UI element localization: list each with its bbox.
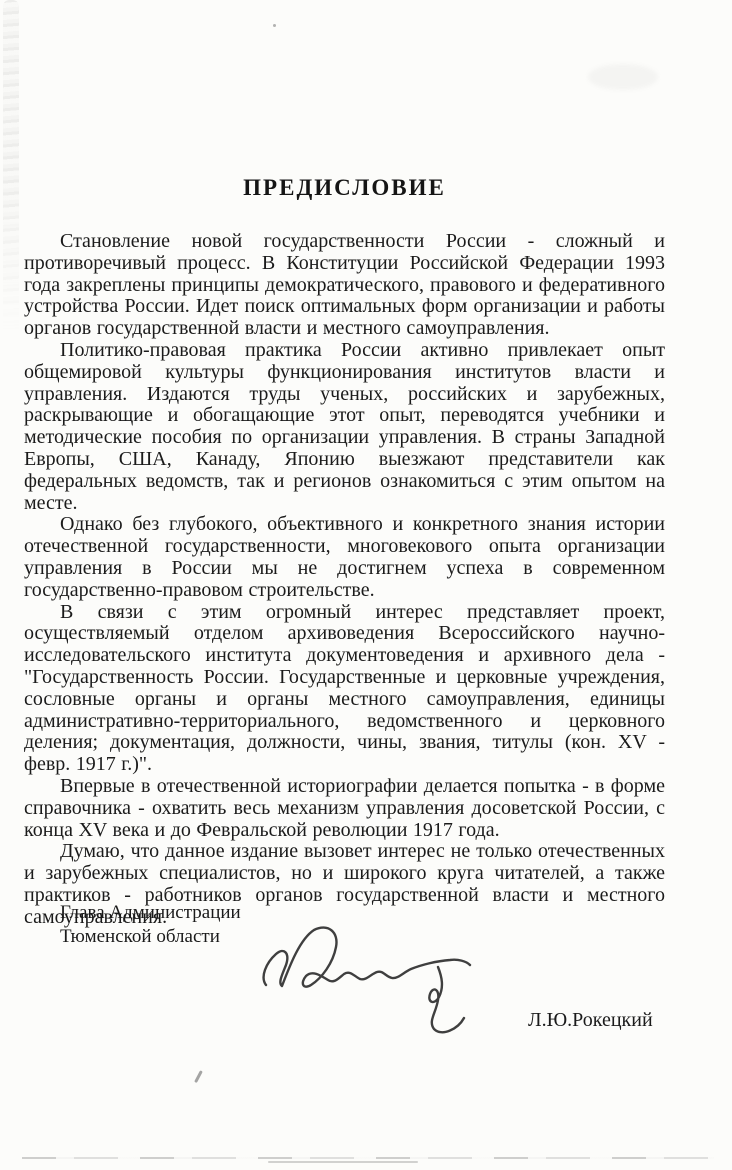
paragraph-1: Становление новой государственности Росс…: [24, 231, 665, 340]
scan-tick-artifact: [194, 1070, 202, 1083]
paragraph-4: В связи с этим огромный интерес представ…: [24, 602, 665, 776]
scan-smudge-left-edge: [3, 0, 19, 335]
scan-speck: [273, 24, 276, 27]
paragraph-2: Политико-правовая практика России активн…: [24, 340, 665, 514]
scan-edge-line-dark-segment: [268, 1161, 418, 1163]
signatory-role-line-2: Тюменской области: [60, 925, 241, 949]
signatory-name: Л.Ю.Рокецкий: [528, 1008, 653, 1032]
scan-blob: [588, 64, 658, 90]
signatory-role-line-1: Глава Администрации: [60, 901, 241, 925]
scan-edge-line: [22, 1157, 714, 1159]
scanned-book-page: ПРЕДИСЛОВИЕ Становление новой государств…: [0, 0, 732, 1170]
handwritten-signature-icon: [240, 923, 480, 1053]
page-title: ПРЕДИСЛОВИЕ: [24, 176, 665, 199]
paragraph-3: Однако без глубокого, объективного и кон…: [24, 514, 665, 601]
signatory-role: Глава Администрации Тюменской области: [60, 901, 241, 949]
preface-body: Становление новой государственности Росс…: [24, 231, 665, 929]
paragraph-5: Впервые в отечественной историографии де…: [24, 776, 665, 841]
